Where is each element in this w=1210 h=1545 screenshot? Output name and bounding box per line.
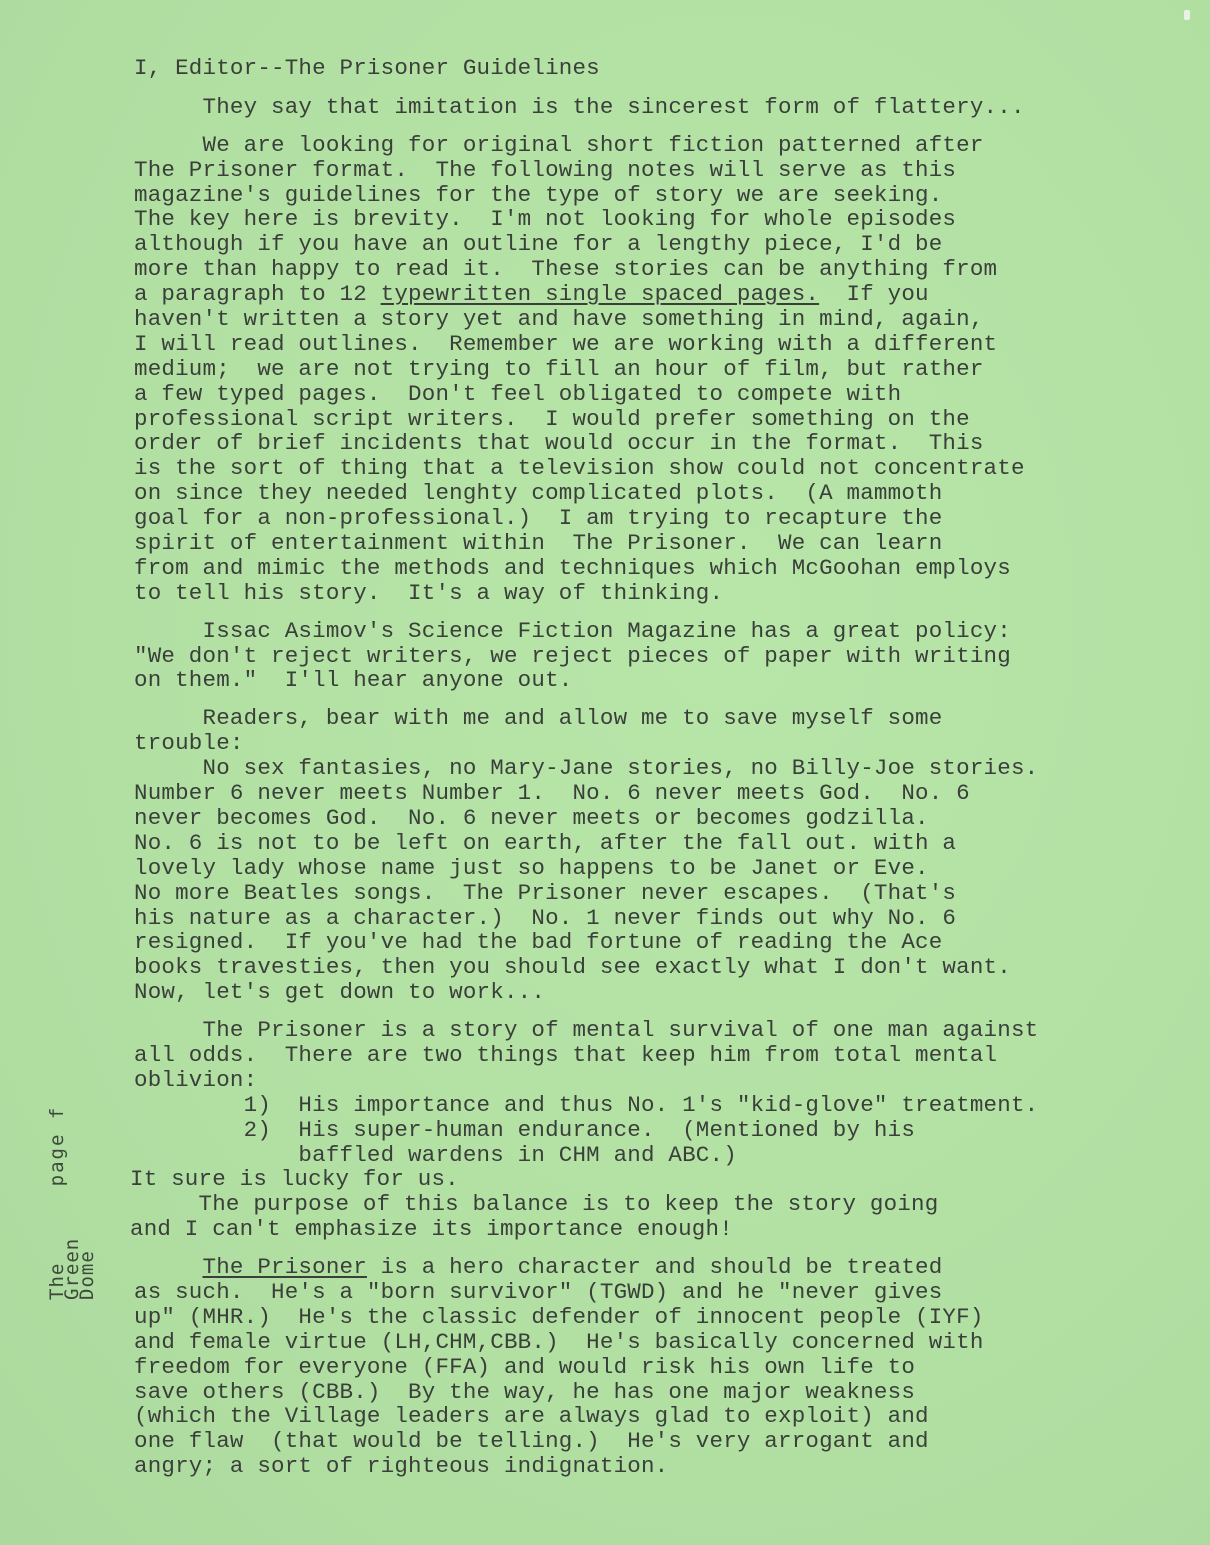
margin-note: The Green Dome page f bbox=[50, 1106, 95, 1300]
text-line: They say that imitation is the sincerest… bbox=[134, 95, 1134, 120]
text-line: his nature as a character.) No. 1 never … bbox=[134, 906, 1134, 931]
text-line: spirit of entertainment within The Priso… bbox=[134, 531, 1134, 556]
text-line: We are looking for original short fictio… bbox=[134, 133, 1134, 158]
text-line: goal for a non-professional.) I am tryin… bbox=[134, 506, 1134, 531]
text-line: The purpose of this balance is to keep t… bbox=[130, 1192, 1134, 1217]
text-line: although if you have an outline for a le… bbox=[134, 232, 1134, 257]
page-label: page f bbox=[50, 1106, 65, 1187]
underlined-text: The Prisoner bbox=[203, 1254, 367, 1280]
text-line: resigned. If you've had the bad fortune … bbox=[134, 930, 1134, 955]
text-line: never becomes God. No. 6 never meets or … bbox=[134, 806, 1134, 831]
text-span: a paragraph to 12 bbox=[134, 281, 381, 307]
text-line: I will read outlines. Remember we are wo… bbox=[134, 332, 1134, 357]
text-line: on them." I'll hear anyone out. bbox=[134, 668, 1134, 693]
text-line: "We don't reject writers, we reject piec… bbox=[134, 644, 1134, 669]
text-span: If you bbox=[819, 281, 929, 307]
paragraph-gap bbox=[134, 120, 1134, 133]
text-line: 1) His importance and thus No. 1's "kid-… bbox=[134, 1093, 1134, 1118]
text-span: is a hero character and should be treate… bbox=[367, 1254, 943, 1280]
text-line: It sure is lucky for us. bbox=[130, 1167, 1134, 1192]
text-line: oblivion: bbox=[134, 1068, 1134, 1093]
underlined-text: typewritten single spaced pages. bbox=[381, 281, 819, 307]
text-line: to tell his story. It's a way of thinkin… bbox=[134, 581, 1134, 606]
text-line: on since they needed lenghty complicated… bbox=[134, 481, 1134, 506]
text-line: Number 6 never meets Number 1. No. 6 nev… bbox=[134, 781, 1134, 806]
text-line: from and mimic the methods and technique… bbox=[134, 556, 1134, 581]
text-line: one flaw (that would be telling.) He's v… bbox=[134, 1429, 1134, 1454]
text-line: The Prisoner format. The following notes… bbox=[134, 158, 1134, 183]
text-line: a few typed pages. Don't feel obligated … bbox=[134, 382, 1134, 407]
document-body: I, Editor--The Prisoner Guidelines They … bbox=[134, 56, 1134, 1479]
text-line: Readers, bear with me and allow me to sa… bbox=[134, 706, 1134, 731]
text-line: save others (CBB.) By the way, he has on… bbox=[134, 1380, 1134, 1405]
text-line: No sex fantasies, no Mary-Jane stories, … bbox=[134, 756, 1134, 781]
text-line: Now, let's get down to work... bbox=[134, 980, 1134, 1005]
text-line: professional script writers. I would pre… bbox=[134, 407, 1134, 432]
text-line: medium; we are not trying to fill an hou… bbox=[134, 357, 1134, 382]
document-title: I, Editor--The Prisoner Guidelines bbox=[134, 56, 1134, 81]
paragraph: They say that imitation is the sincerest… bbox=[134, 95, 1134, 120]
text-line: The Prisoner is a story of mental surviv… bbox=[134, 1018, 1134, 1043]
text-line: and female virtue (LH,CHM,CBB.) He's bas… bbox=[134, 1330, 1134, 1355]
text-span bbox=[134, 1254, 203, 1280]
paragraph: We are looking for original short fictio… bbox=[134, 133, 1134, 606]
magazine-name: The Green Dome bbox=[50, 1238, 95, 1300]
text-line: Issac Asimov's Science Fiction Magazine … bbox=[134, 619, 1134, 644]
text-line: is the sort of thing that a television s… bbox=[134, 456, 1134, 481]
text-line: up" (MHR.) He's the classic defender of … bbox=[134, 1305, 1134, 1330]
text-line: order of brief incidents that would occu… bbox=[134, 431, 1134, 456]
text-line-underlined: a paragraph to 12 typewritten single spa… bbox=[134, 282, 1134, 307]
text-line: (which the Village leaders are always gl… bbox=[134, 1404, 1134, 1429]
text-line: lovely lady whose name just so happens t… bbox=[134, 856, 1134, 881]
paragraph: The Prisoner is a story of mental surviv… bbox=[134, 1018, 1134, 1242]
text-line: books travesties, then you should see ex… bbox=[134, 955, 1134, 980]
text-line-underlined: The Prisoner is a hero character and sho… bbox=[134, 1255, 1134, 1280]
text-line: freedom for everyone (FFA) and would ris… bbox=[134, 1355, 1134, 1380]
text-line: as such. He's a "born survivor" (TGWD) a… bbox=[134, 1280, 1134, 1305]
text-line: No more Beatles songs. The Prisoner neve… bbox=[134, 881, 1134, 906]
paragraph: The Prisoner is a hero character and sho… bbox=[134, 1255, 1134, 1479]
paragraph-gap bbox=[134, 606, 1134, 619]
text-line: The key here is brevity. I'm not looking… bbox=[134, 207, 1134, 232]
text-line: 2) His super-human endurance. (Mentioned… bbox=[134, 1118, 1134, 1143]
text-line: all odds. There are two things that keep… bbox=[134, 1043, 1134, 1068]
text-line: angry; a sort of righteous indignation. bbox=[134, 1454, 1134, 1479]
text-line: trouble: bbox=[134, 731, 1134, 756]
text-line: No. 6 is not to be left on earth, after … bbox=[134, 831, 1134, 856]
text-line: more than happy to read it. These storie… bbox=[134, 257, 1134, 282]
paragraph: Issac Asimov's Science Fiction Magazine … bbox=[134, 619, 1134, 694]
text-line: and I can't emphasize its importance eno… bbox=[130, 1217, 1134, 1242]
text-line: haven't written a story yet and have som… bbox=[134, 307, 1134, 332]
text-line: magazine's guidelines for the type of st… bbox=[134, 183, 1134, 208]
paper-speck bbox=[1184, 10, 1190, 20]
text-line: baffled wardens in CHM and ABC.) bbox=[134, 1143, 1134, 1168]
paragraph: Readers, bear with me and allow me to sa… bbox=[134, 706, 1134, 1005]
